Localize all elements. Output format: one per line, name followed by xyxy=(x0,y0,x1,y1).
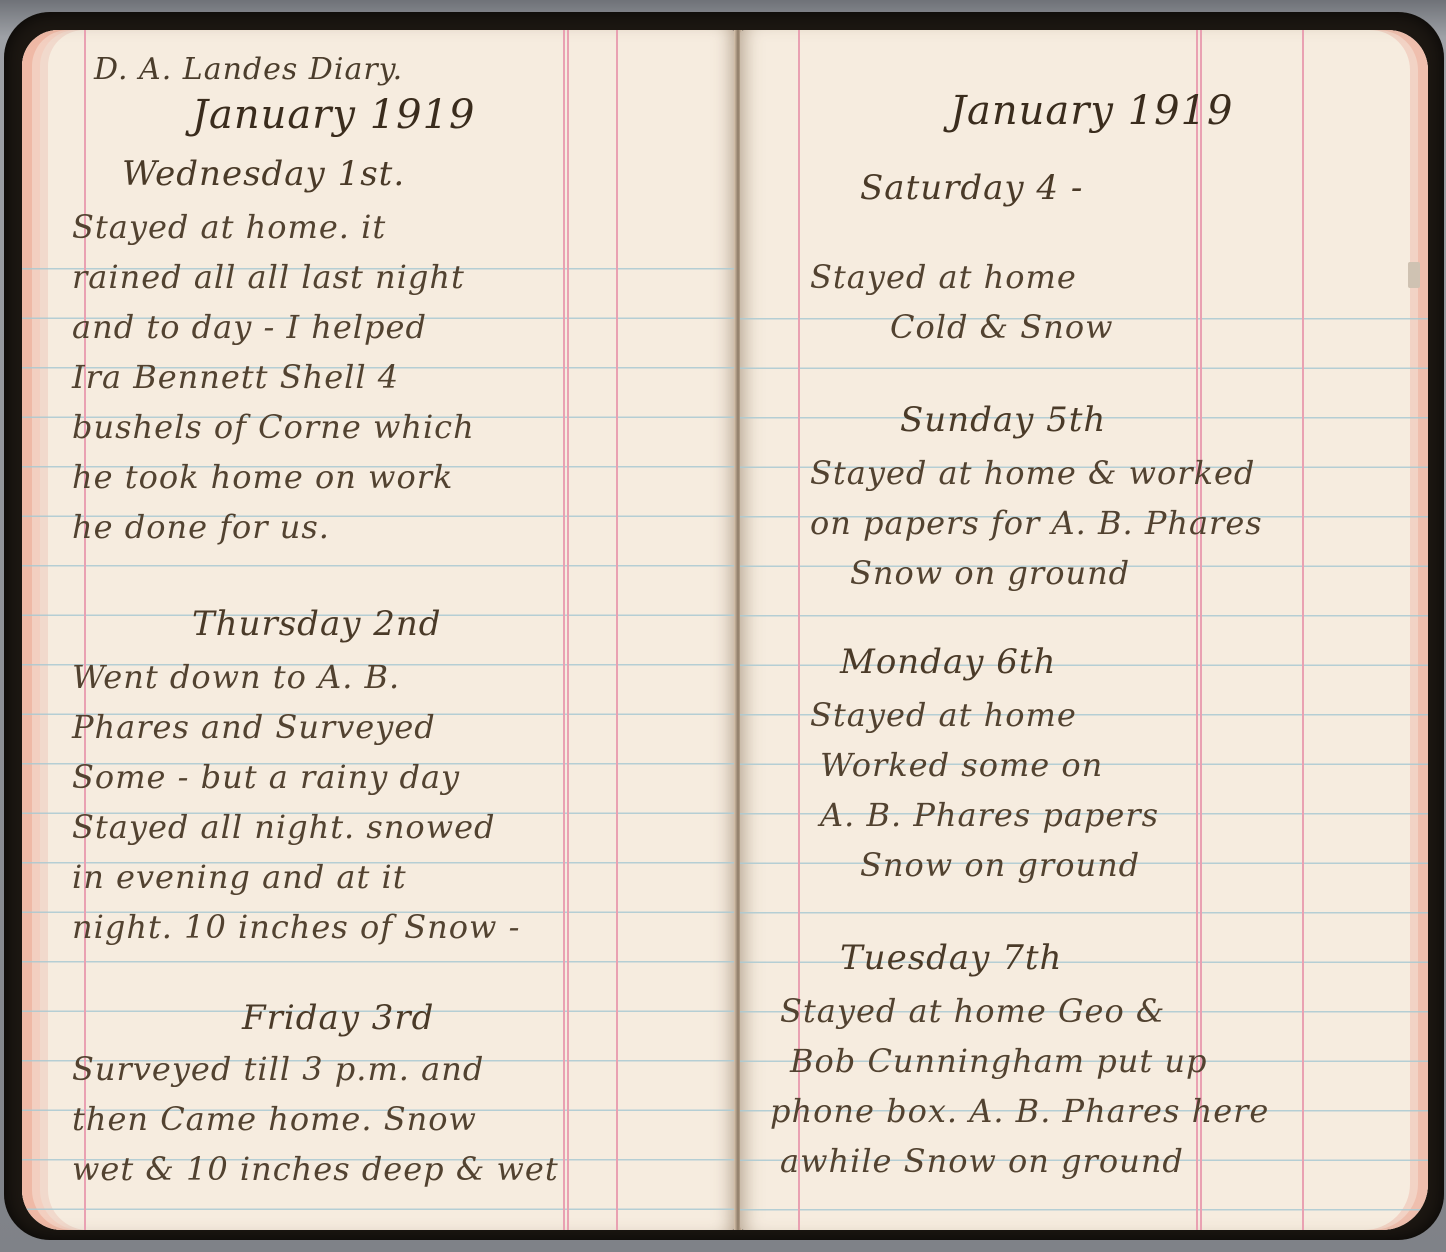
month-header: January 1919 xyxy=(192,92,475,138)
entry-line: A. B. Phares papers xyxy=(820,796,1159,834)
entry-line: awhile Snow on ground xyxy=(780,1142,1184,1180)
margin-line-double xyxy=(563,30,565,1230)
entry-day-heading: Sunday 5th xyxy=(900,400,1106,440)
entry-day-heading: Monday 6th xyxy=(840,642,1056,682)
page-tab-marker xyxy=(1408,262,1420,288)
left-page: D. A. Landes Diary. January 1919 Wednesd… xyxy=(22,30,736,1230)
entry-line: Stayed at home. it xyxy=(72,208,386,246)
entry-line: he took home on work xyxy=(72,458,453,496)
entry-line: Snow on ground xyxy=(850,554,1130,592)
margin-line-right xyxy=(616,30,618,1230)
entry-line: Stayed at home xyxy=(810,258,1077,296)
entry-line: and to day - I helped xyxy=(72,308,427,346)
entry-line: Ira Bennett Shell 4 xyxy=(72,358,399,396)
entry-line: Went down to A. B. xyxy=(72,658,400,696)
entry-line: Stayed at home & worked xyxy=(810,454,1255,492)
entry-line: Surveyed till 3 p.m. and xyxy=(72,1050,484,1088)
entry-line: Stayed all night. snowed xyxy=(72,808,496,846)
entry-line: Bob Cunningham put up xyxy=(790,1042,1208,1080)
entry-day-heading: Tuesday 7th xyxy=(840,938,1062,978)
right-page: January 1919 Saturday 4 - Stayed at home… xyxy=(740,30,1428,1230)
entry-line: Stayed at home Geo & xyxy=(780,992,1165,1030)
entry-line: in evening and at it xyxy=(72,858,407,896)
entry-line: night. 10 inches of Snow - xyxy=(72,908,520,946)
entry-day-heading: Wednesday 1st. xyxy=(122,154,405,194)
entry-line: bushels of Corne which xyxy=(72,408,475,446)
entry-day-heading: Thursday 2nd xyxy=(192,604,442,644)
entry-day-heading: Saturday 4 - xyxy=(860,168,1083,208)
entry-line: Worked some on xyxy=(820,746,1103,784)
entry-line: he done for us. xyxy=(72,508,330,546)
entry-line: then Came home. Snow xyxy=(72,1100,477,1138)
entry-line: Some - but a rainy day xyxy=(72,758,460,796)
entry-line: Phares and Surveyed xyxy=(72,708,436,746)
entry-line: phone box. A. B. Phares here xyxy=(770,1092,1269,1130)
month-header: January 1919 xyxy=(950,88,1233,134)
entry-line: on papers for A. B. Phares xyxy=(810,504,1263,542)
entry-line: wet & 10 inches deep & wet xyxy=(72,1150,559,1188)
entry-day-heading: Friday 3rd xyxy=(242,998,434,1038)
entry-line: rained all all last night xyxy=(72,258,465,296)
entry-line: Snow on ground xyxy=(860,846,1140,884)
entry-line: Cold & Snow xyxy=(890,308,1113,346)
margin-line-right xyxy=(1302,30,1304,1230)
diary-owner-title: D. A. Landes Diary. xyxy=(94,52,403,87)
entry-line: Stayed at home xyxy=(810,696,1077,734)
